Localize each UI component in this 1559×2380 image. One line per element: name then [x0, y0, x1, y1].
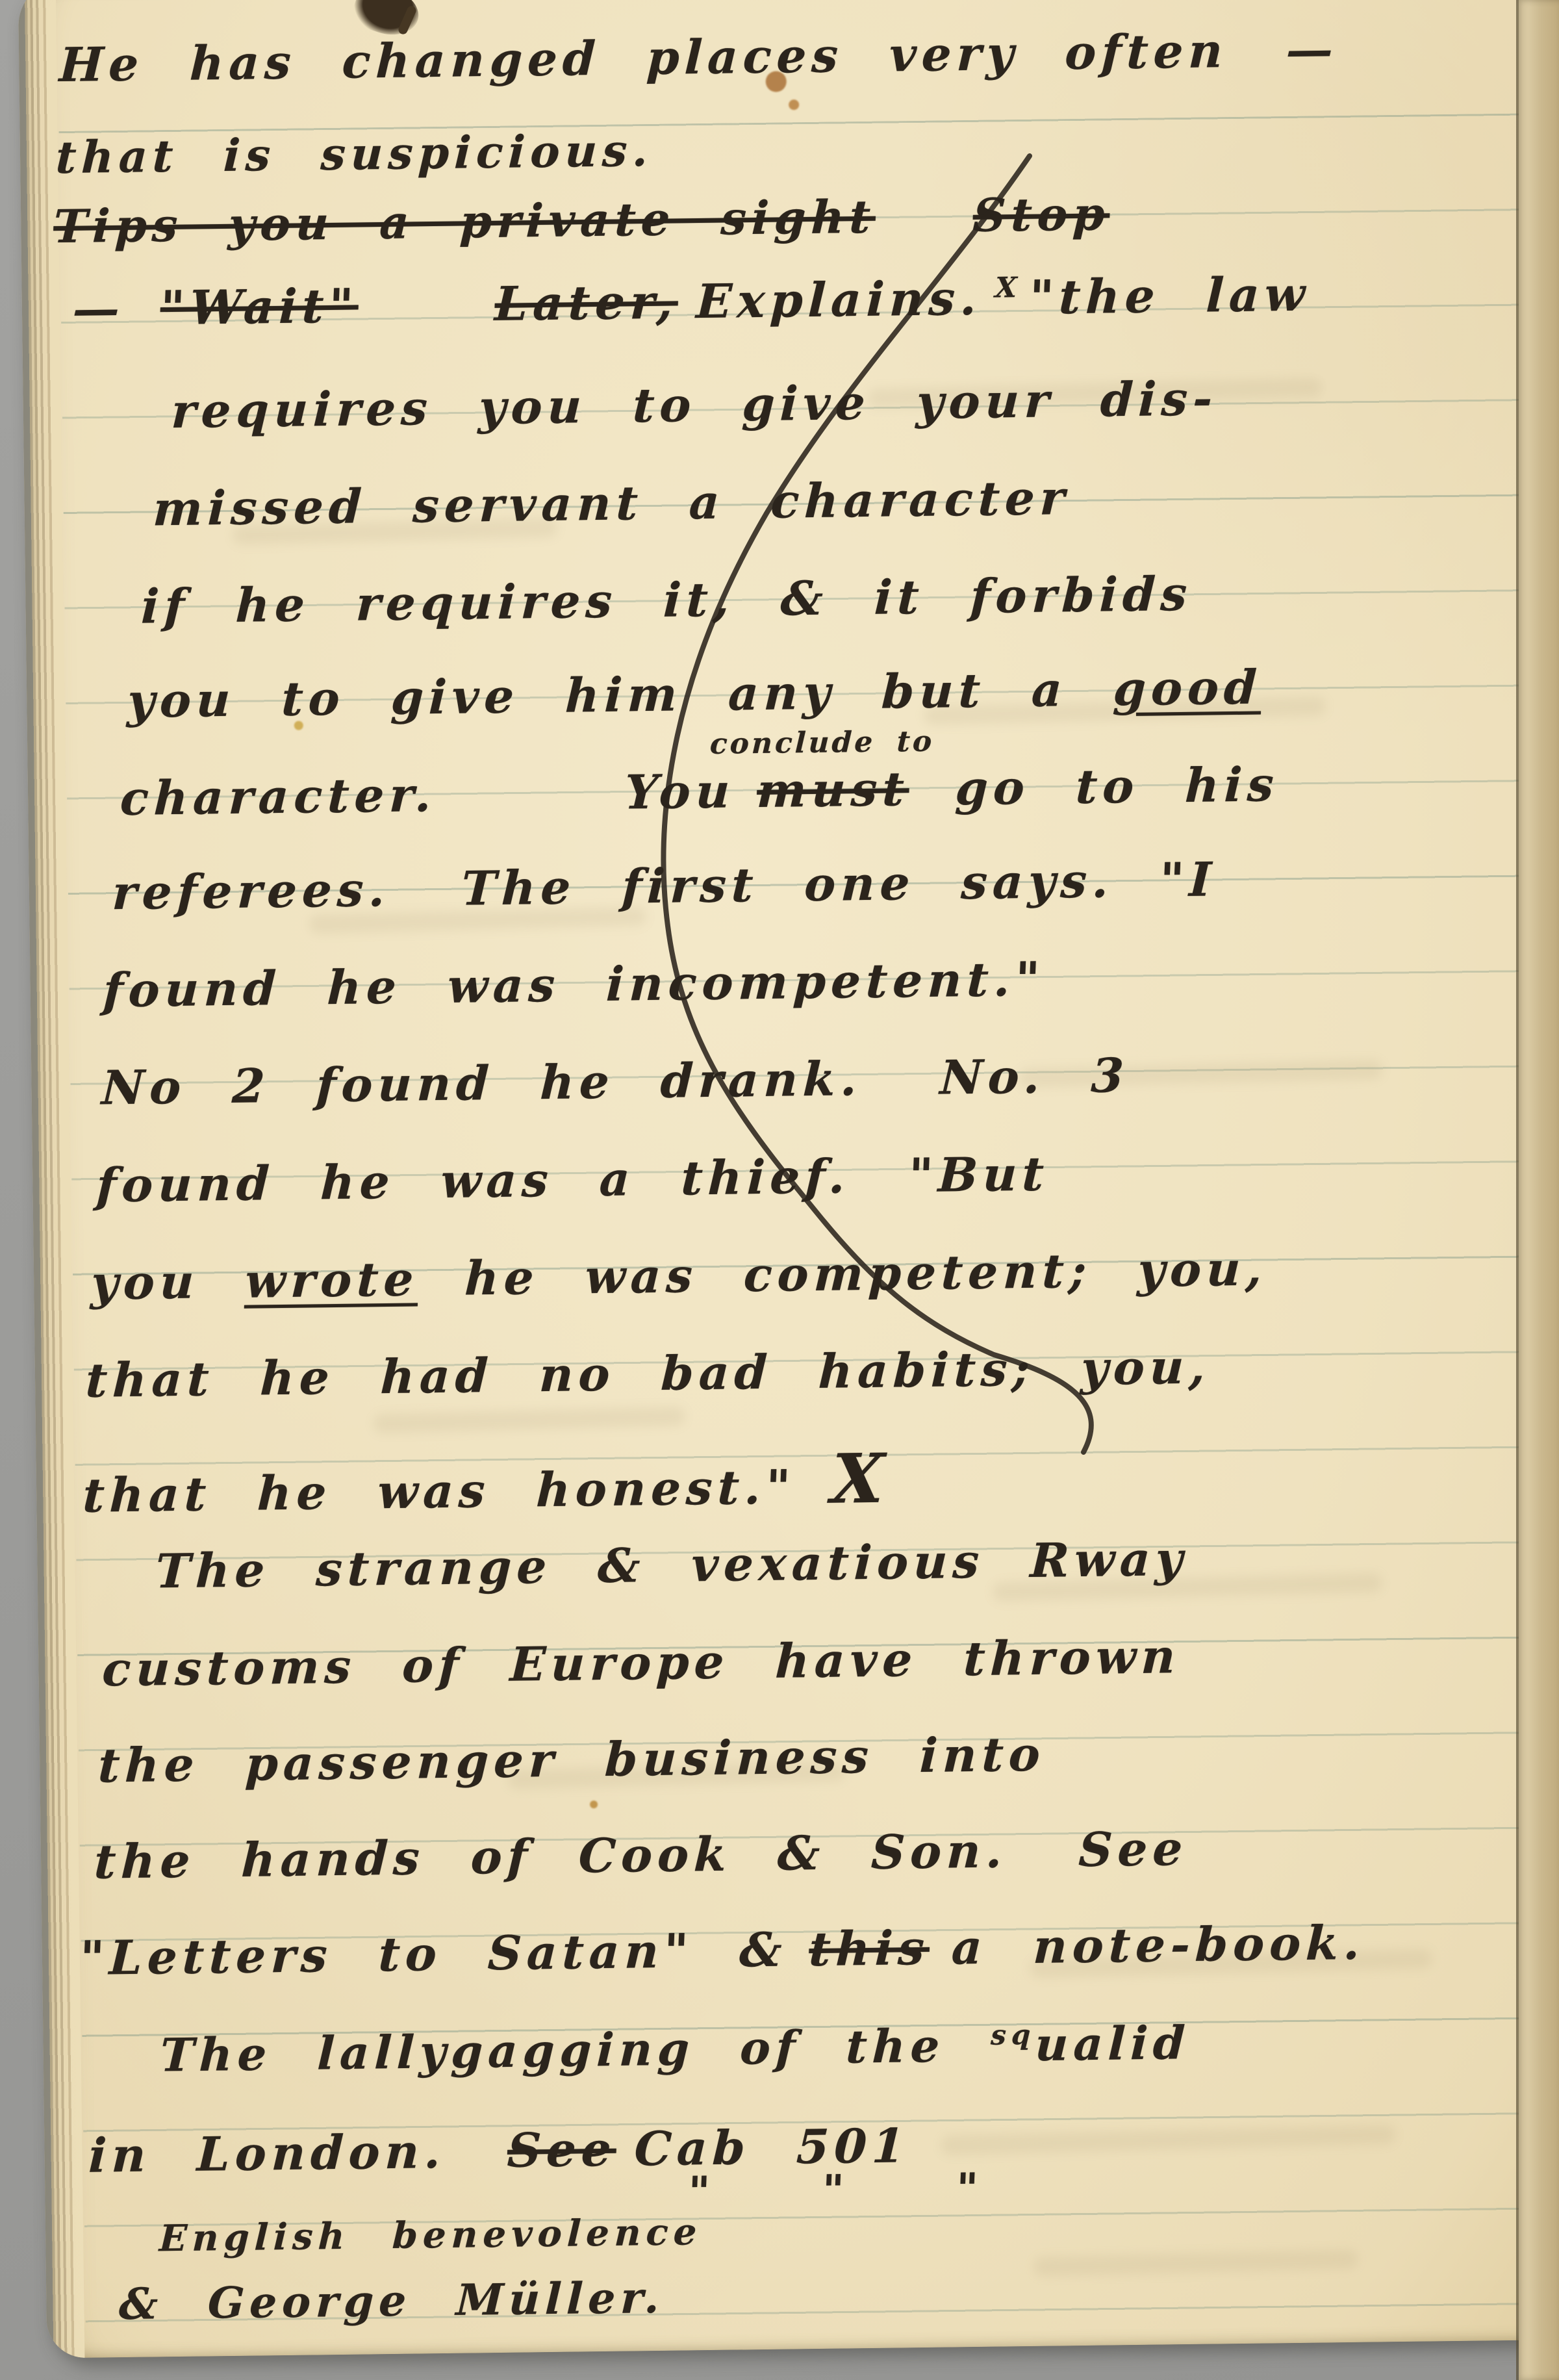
handwritten-text: "But	[907, 1146, 1050, 1203]
handwritten-text: you	[90, 1253, 247, 1311]
handwritten-text: must	[756, 761, 911, 818]
handwritten-line: & George Müller.	[118, 2276, 665, 2325]
handwritten-text: Later,	[494, 274, 679, 331]
handwritten-line: you wrote he was competent; you,	[90, 1245, 1268, 1306]
handwritten-text: See	[506, 2121, 617, 2178]
handwritten-line: —"Wait"Later,Explains.X"the law	[71, 270, 1311, 333]
handwritten-line: that he was honest."X	[82, 1445, 891, 1523]
handwritten-text: The lallygagging of the	[159, 2018, 991, 2082]
handwritten-text: "Letters to Satan" &	[79, 1922, 788, 1986]
handwritten-line: Tips you a private sightStop	[53, 191, 1111, 250]
handwritten-text: Stop	[972, 186, 1111, 242]
handwritten-text: wrote	[244, 1251, 420, 1308]
handwritten-line: the hands of Cook & Son.See	[94, 1825, 1189, 1886]
handwritten-line: "Letters to Satan" &thisa note-book.	[79, 1919, 1365, 1982]
handwritten-text: The first one says. "I	[461, 851, 1217, 915]
handwritten-text: requires you to give your dis-	[170, 370, 1219, 439]
handwritten-line: missed servant a character	[152, 474, 1071, 532]
handwritten-text: if he requires it, & it forbids	[140, 566, 1193, 634]
handwritten-text: that is suspicious.	[55, 125, 653, 184]
handwritten-text: "the law	[1028, 266, 1311, 324]
handwritten-text: You	[624, 763, 736, 819]
foxing-spot	[294, 721, 303, 730]
handwritten-text: ualid	[1034, 2015, 1191, 2071]
handwritten-line: the passenger business into	[97, 1731, 1046, 1789]
handwritten-text: Tips you a private sight	[53, 190, 877, 254]
foxing-spot	[590, 1800, 598, 1808]
handwritten-text: found he was incompetent."	[102, 951, 1046, 1018]
handwritten-line: if he requires it, & it forbids	[140, 570, 1193, 630]
manuscript-lines: He has changed places very often—that is…	[18, 0, 1559, 2359]
handwritten-line: referees.The first one says. "I	[111, 856, 1217, 916]
handwritten-text: go to his	[908, 756, 1280, 816]
handwritten-text: "	[956, 2164, 984, 2214]
handwritten-text: that he was honest."	[82, 1459, 796, 1522]
handwritten-text: you to give him any but a	[127, 661, 1115, 728]
handwritten-text: referees.	[111, 862, 391, 920]
handwritten-text: Explains.	[695, 270, 983, 329]
handwritten-text: found he was a thief.	[95, 1148, 852, 1212]
handwritten-text: in London.	[88, 2123, 447, 2183]
foxing-spot	[766, 71, 787, 92]
handwritten-text: missed servant a character	[152, 470, 1071, 536]
handwritten-line: English benevolence	[158, 2214, 702, 2257]
handwritten-text: —	[71, 281, 125, 337]
handwritten-text: this	[808, 1920, 931, 1977]
handwritten-text: English benevolence	[158, 2210, 703, 2260]
handwritten-line: that he had no bad habits; you,	[85, 1344, 1211, 1404]
handwritten-line: He has changed places very often—	[58, 26, 1339, 88]
handwritten-text: No 2 found he drank.	[101, 1051, 863, 1115]
handwritten-text: conclude to	[709, 728, 935, 759]
handwritten-text: —	[1285, 21, 1339, 77]
handwritten-text: Cab 501	[633, 2118, 911, 2176]
handwritten-text: X	[995, 271, 1023, 305]
handwritten-text: the hands of Cook & Son.	[93, 1823, 1008, 1889]
handwritten-text: No. 3	[939, 1047, 1130, 1105]
handwritten-text: "	[821, 2166, 850, 2215]
handwritten-text: "	[687, 2168, 716, 2217]
handwritten-line: The lallygagging of the squalid	[159, 2019, 1191, 2079]
handwritten-line: that is suspicious.	[55, 129, 654, 180]
handwritten-text: the passenger business into	[97, 1726, 1046, 1793]
notebook-page: He has changed places very often—that is…	[18, 0, 1559, 2359]
handwritten-line: found he was incompetent."	[102, 956, 1046, 1014]
handwritten-text: character.	[119, 767, 437, 826]
handwritten-text: customs of Europe have thrown	[101, 1628, 1182, 1696]
handwritten-line: customs of Europe have thrown	[101, 1633, 1182, 1693]
handwritten-text: See	[1078, 1821, 1189, 1877]
handwritten-text: The strange & vexatious Rway	[155, 1531, 1189, 1598]
handwritten-line: The strange & vexatious Rway	[155, 1535, 1189, 1594]
handwritten-text: He has changed places very often	[58, 23, 1229, 92]
foxing-spot	[789, 99, 799, 110]
handwritten-text: good	[1112, 659, 1263, 716]
handwritten-line: character.conclude toYoumust go to his	[120, 761, 1280, 822]
handwritten-text: a note-book.	[950, 1915, 1366, 1975]
handwritten-line: you to give him any but a good	[127, 663, 1263, 724]
handwritten-text: "Wait"	[159, 277, 359, 335]
handwritten-text: & George Müller.	[118, 2272, 666, 2329]
handwritten-line: No 2 found he drank.No. 3	[101, 1052, 1130, 1111]
facing-page-edge	[1516, 0, 1559, 2380]
handwritten-line: found he was a thief."But	[95, 1151, 1050, 1209]
handwritten-line: """	[687, 2168, 984, 2214]
handwritten-line: requires you to give your dis-	[170, 375, 1218, 435]
handwritten-text: sq	[990, 2019, 1036, 2051]
photo-of-notebook: He has changed places very often—that is…	[0, 0, 1559, 2380]
handwritten-text: that he had no bad habits; you,	[84, 1339, 1211, 1408]
handwritten-text: X	[830, 1439, 891, 1519]
handwritten-text: he was competent; you,	[418, 1240, 1269, 1306]
